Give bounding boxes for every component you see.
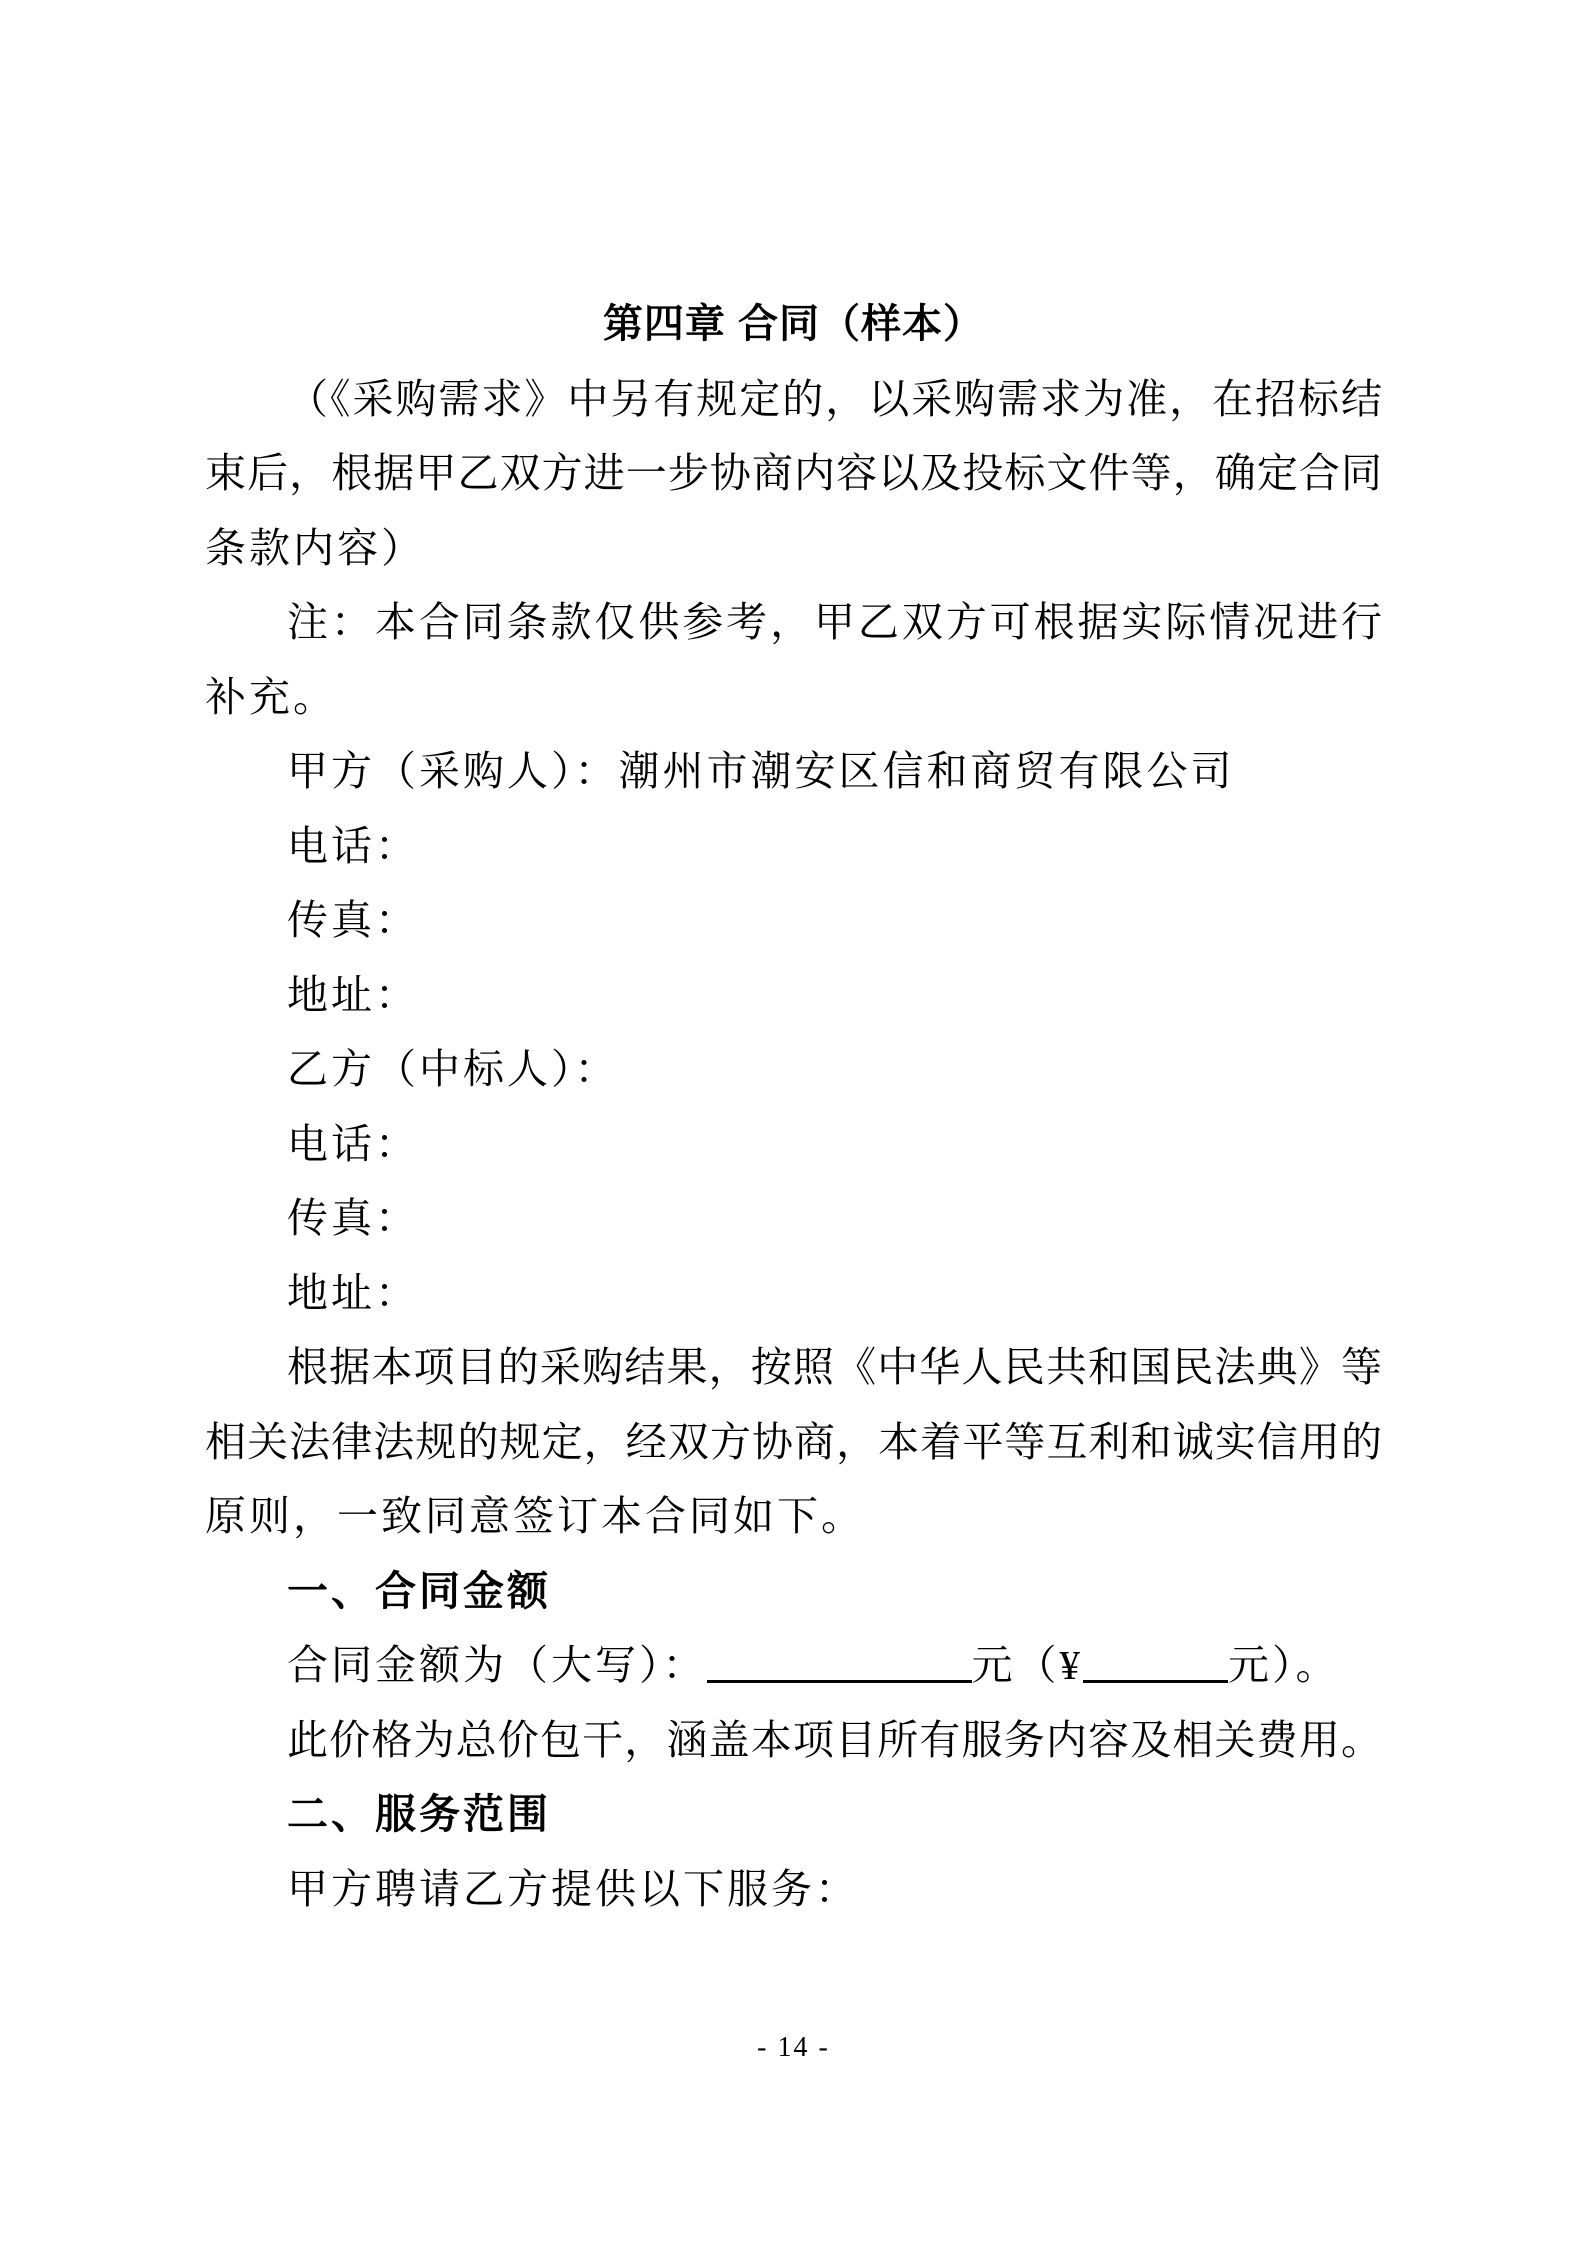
amount-mid: 元（¥ (972, 1642, 1084, 1688)
service-intro-line: 甲方聘请乙方提供以下服务： (205, 1852, 1382, 1927)
party-a-name-line: 甲方（采购人）：潮州市潮安区信和商贸有限公司 (205, 734, 1382, 809)
party-b-fax-line: 传真： (205, 1181, 1382, 1256)
note-line-2: 补充。 (205, 660, 1382, 735)
note-line-1: 注：本合同条款仅供参考，甲乙双方可根据实际情况进行 (205, 585, 1382, 660)
party-a-address-line: 地址： (205, 958, 1382, 1033)
basis-line-1: 根据本项目的采购结果，按照《中华人民共和国民法典》等 (205, 1330, 1382, 1405)
intro-line-3: 条款内容） (205, 511, 1382, 586)
party-b-phone-line: 电话： (205, 1107, 1382, 1182)
party-a-phone-line: 电话： (205, 809, 1382, 884)
contract-amount-line: 合同金额为（大写）：元（¥元）。 (205, 1628, 1382, 1703)
section-2-heading: 二、服务范围 (205, 1777, 1382, 1852)
party-b-address-line: 地址： (205, 1256, 1382, 1331)
section-1-heading: 一、合同金额 (205, 1554, 1382, 1629)
page-title: 第四章 合同（样本） (205, 287, 1382, 362)
amount-blank-words (707, 1646, 972, 1683)
page-number: - 14 - (0, 2028, 1587, 2068)
amount-prefix: 合同金额为（大写）： (287, 1642, 707, 1688)
intro-line-2: 束后，根据甲乙双方进一步协商内容以及投标文件等，确定合同 (205, 436, 1382, 511)
amount-blank-figures (1083, 1646, 1228, 1683)
price-note-line: 此价格为总价包干，涵盖本项目所有服务内容及相关费用。 (205, 1703, 1382, 1778)
basis-line-2: 相关法律法规的规定，经双方协商，本着平等互利和诚实信用的 (205, 1405, 1382, 1480)
basis-line-3: 原则，一致同意签订本合同如下。 (205, 1479, 1382, 1554)
party-a-fax-line: 传真： (205, 883, 1382, 958)
document-page: 第四章 合同（样本） （《采购需求》中另有规定的，以采购需求为准，在招标结 束后… (0, 0, 1587, 2245)
amount-suffix: 元）。 (1228, 1642, 1340, 1688)
party-b-name-line: 乙方（中标人）： (205, 1032, 1382, 1107)
intro-line-1: （《采购需求》中另有规定的，以采购需求为准，在招标结 (205, 362, 1382, 437)
